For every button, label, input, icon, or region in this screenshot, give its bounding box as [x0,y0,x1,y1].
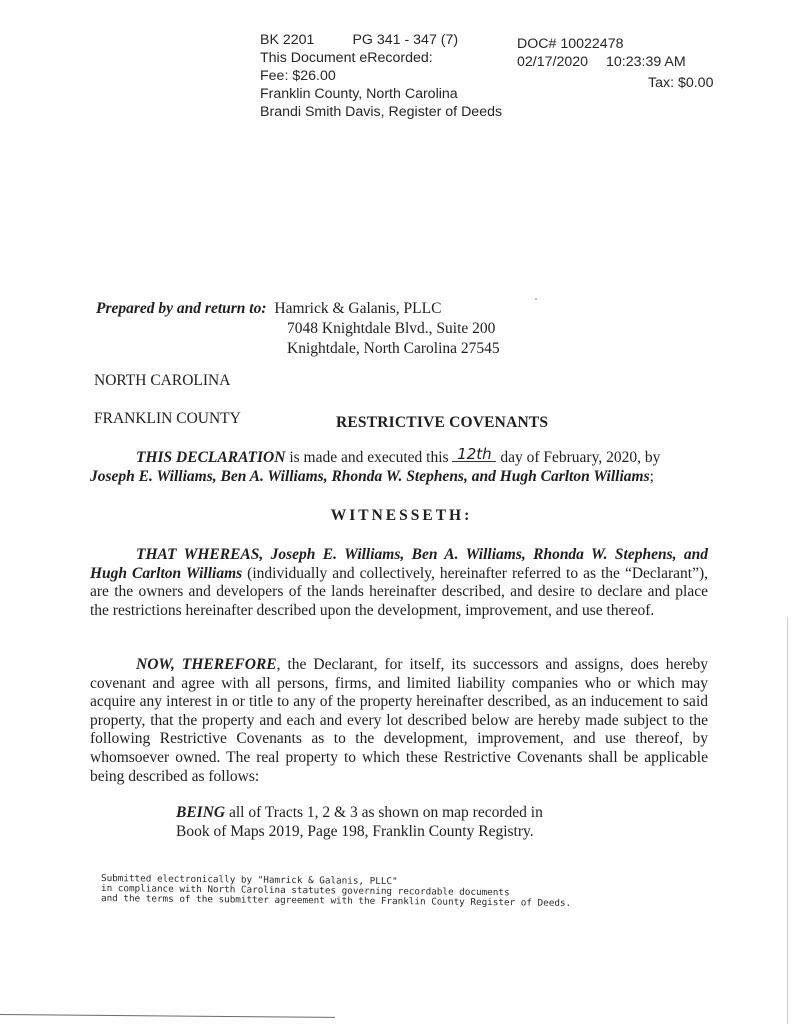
book-number: BK 2201 [260,31,314,49]
now-therefore-text: , the Declarant, for itself, its success… [90,656,708,785]
recording-tax: Tax: $0.00 [648,74,713,92]
scanned-document-page: BK 2201 PG 341 - 347 (7) This Document e… [0,0,791,1024]
recording-stamp-left: BK 2201 PG 341 - 347 (7) This Document e… [260,31,502,121]
recording-county: Franklin County, North Carolina [260,85,502,103]
being-lead: BEING [176,804,225,821]
declaration-paragraph: THIS DECLARATION is made and executed th… [90,449,708,486]
doc-number: DOC# 10022478 [517,35,686,53]
jurisdiction-county: FRANKLIN COUNTY [94,410,241,428]
submission-notice: Submitted electronically by "Hamrick & G… [101,874,571,904]
preparer-address-line1: 7048 Knightdale Blvd., Suite 200 [287,319,500,339]
document-title: RESTRICTIVE COVENANTS [336,414,548,432]
register-of-deeds: Brandi Smith Davis, Register of Deeds [260,103,502,121]
scan-artifact-edge [787,617,788,1024]
declaration-lead: THIS DECLARATION [136,449,285,466]
declaration-text-1: is made and executed this [285,449,452,466]
page-range: PG 341 - 347 (7) [352,31,458,49]
recording-stamp-right: DOC# 10022478 02/17/2020 10:23:39 AM [517,35,686,71]
erecorded-label: This Document eRecorded: [260,49,502,67]
scan-artifact-line [0,1014,335,1018]
now-therefore-paragraph: NOW, THEREFORE, the Declarant, for itsel… [90,656,708,786]
whereas-lead: THAT WHEREAS [136,546,259,563]
book-page-line: BK 2201 PG 341 - 347 (7) [260,31,502,49]
now-therefore-lead: NOW, THEREFORE [136,656,277,673]
property-description: BEING all of Tracts 1, 2 & 3 as shown on… [176,803,543,841]
preparer-label: Prepared by and return to: [96,300,267,317]
preparer-address-line2: Knightdale, North Carolina 27545 [287,339,500,359]
declaration-text-2: day of February, 2020, by [496,449,660,466]
recording-fee: Fee: $26.00 [260,67,502,85]
recording-datetime: 02/17/2020 10:23:39 AM [517,53,686,71]
recording-time: 10:23:39 AM [606,53,686,71]
preparer-firm: Hamrick & Galanis, PLLC [274,300,441,317]
whereas-paragraph: THAT WHEREAS, Joseph E. Williams, Ben A.… [90,546,708,620]
handwritten-day: 12th [452,447,496,462]
declarant-names: Joseph E. Williams, Ben A. Williams, Rho… [90,468,650,485]
declaration-end: ; [650,468,654,485]
witnesseth-heading: WITNESSETH: [0,507,791,525]
jurisdiction-state: NORTH CAROLINA [94,372,230,390]
being-line1: all of Tracts 1, 2 & 3 as shown on map r… [225,804,543,821]
preparer-block: Prepared by and return to: Hamrick & Gal… [96,299,500,359]
scan-speck [535,298,537,300]
recording-date: 02/17/2020 [517,53,588,71]
being-line2: Book of Maps 2019, Page 198, Franklin Co… [176,822,543,841]
submission-line3: and the terms of the submitter agreement… [101,894,571,909]
